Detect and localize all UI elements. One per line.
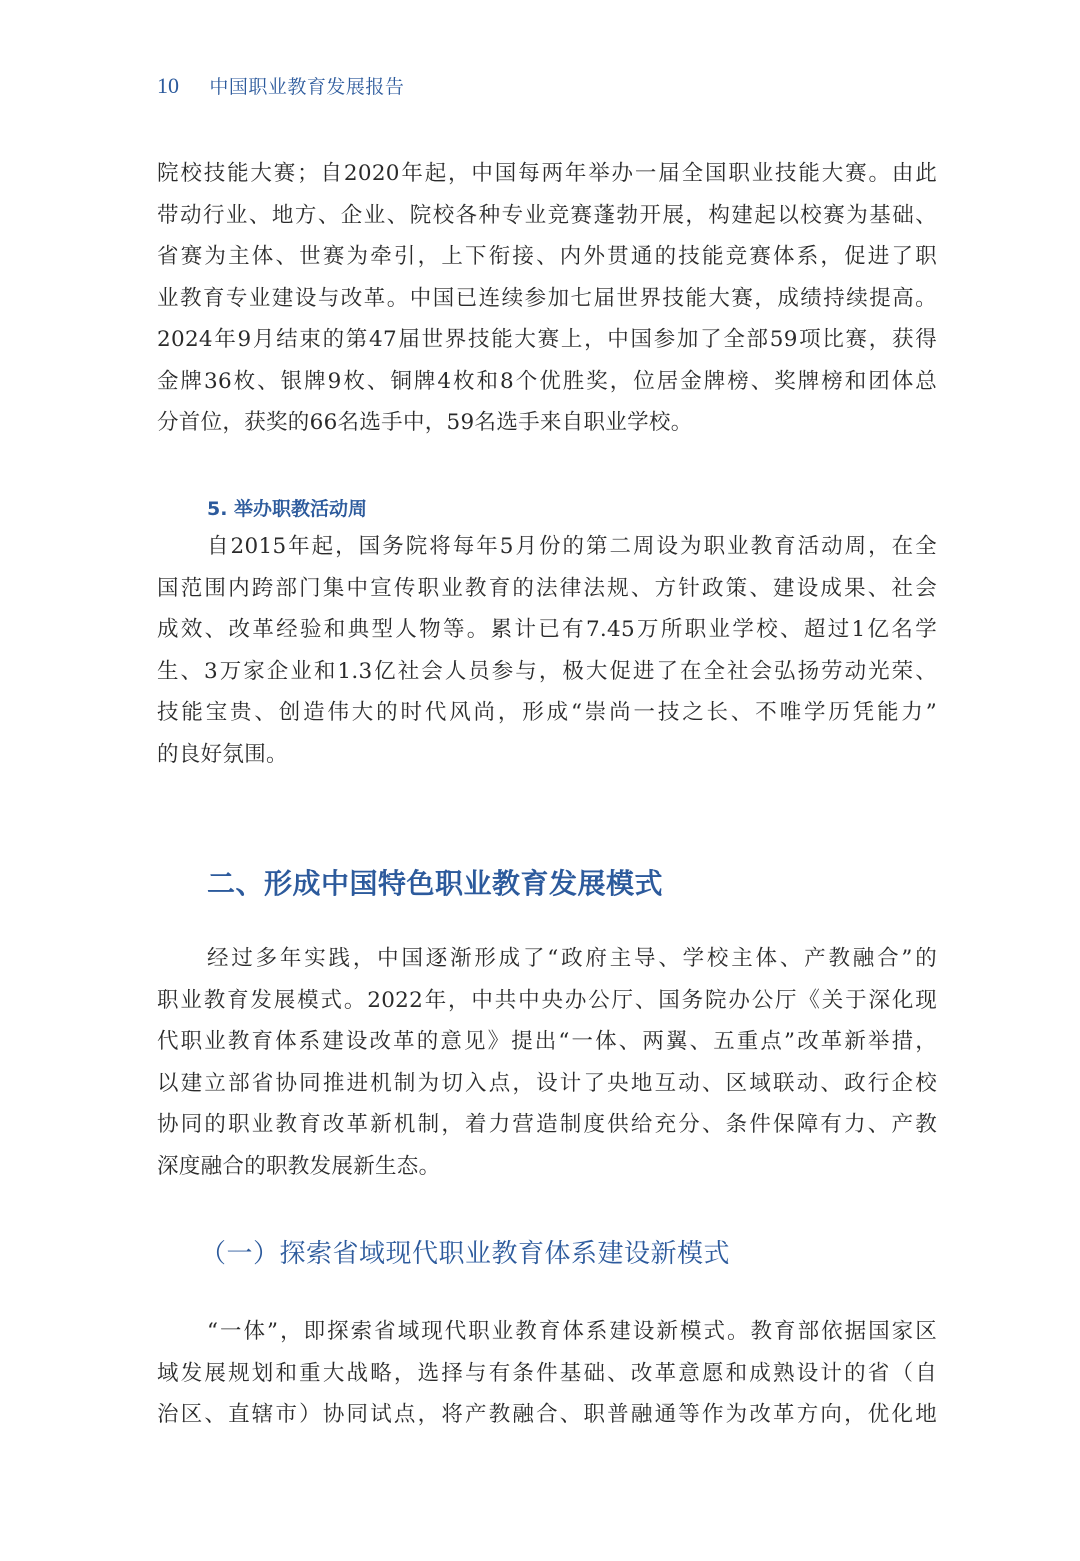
text-line: 治区、直辖市）协同试点，将产教融合、职普融通等作为改革方向，优化地 xyxy=(157,1394,937,1436)
text-line: 自2015年起，国务院将每年5月份的第二周设为职业教育活动周，在全 xyxy=(157,526,937,568)
text-line: 域发展规划和重大战略，选择与有条件基础、改革意愿和成熟设计的省（自 xyxy=(157,1353,937,1395)
subsection-title: （一）探索省域现代职业教育体系建设新模式 xyxy=(200,1233,730,1270)
text-line: 职业教育发展模式。2022年，中共中央办公厅、国务院办公厅《关于深化现 xyxy=(157,980,937,1022)
subsection-5-paragraph: 自2015年起，国务院将每年5月份的第二周设为职业教育活动周，在全 国范围内跨部… xyxy=(157,526,937,775)
intro-paragraph: 院校技能大赛；自2020年起，中国每两年举办一届全国职业技能大赛。由此 带动行业… xyxy=(157,153,937,444)
text-line: 带动行业、地方、企业、院校各种专业竞赛蓬勃开展，构建起以校赛为基础、 xyxy=(157,195,937,237)
text-line: 的良好氛围。 xyxy=(157,734,937,776)
text-line: 2024年9月结束的第47届世界技能大赛上，中国参加了全部59项比赛，获得 xyxy=(157,319,937,361)
text-line: 分首位，获奖的66名选手中，59名选手来自职业学校。 xyxy=(157,402,937,444)
page-header: 10 中国职业教育发展报告 xyxy=(157,72,404,99)
text-line: 代职业教育体系建设改革的意见》提出“一体、两翼、五重点”改革新举措， xyxy=(157,1021,937,1063)
text-line: 金牌36枚、银牌9枚、铜牌4枚和8个优胜奖，位居金牌榜、奖牌榜和团体总 xyxy=(157,361,937,403)
section-2-paragraph: 经过多年实践，中国逐渐形成了“政府主导、学校主体、产教融合”的 职业教育发展模式… xyxy=(157,938,937,1187)
text-line: 技能宝贵、创造伟大的时代风尚，形成“崇尚一技之长、不唯学历凭能力” xyxy=(157,692,937,734)
text-line: 业教育专业建设与改革。中国已连续参加七届世界技能大赛，成绩持续提高。 xyxy=(157,278,937,320)
subsection-heading-5: 5. 举办职教活动周 xyxy=(207,494,367,521)
section-title: 二、形成中国特色职业教育发展模式 xyxy=(207,862,663,902)
text-line: 深度融合的职教发展新生态。 xyxy=(157,1146,937,1188)
text-line: 生、3万家企业和1.3亿社会人员参与，极大促进了在全社会弘扬劳动光荣、 xyxy=(157,651,937,693)
text-line: 国范围内跨部门集中宣传职业教育的法律法规、方针政策、建设成果、社会 xyxy=(157,568,937,610)
text-line: 院校技能大赛；自2020年起，中国每两年举办一届全国职业技能大赛。由此 xyxy=(157,153,937,195)
subsection-1-paragraph: “一体”，即探索省域现代职业教育体系建设新模式。教育部依据国家区 域发展规划和重… xyxy=(157,1311,937,1436)
text-line: 协同的职业教育改革新机制，着力营造制度供给充分、条件保障有力、产教 xyxy=(157,1104,937,1146)
text-line: 经过多年实践，中国逐渐形成了“政府主导、学校主体、产教融合”的 xyxy=(157,938,937,980)
text-line: “一体”，即探索省域现代职业教育体系建设新模式。教育部依据国家区 xyxy=(157,1311,937,1353)
text-line: 省赛为主体、世赛为牵引，上下衔接、内外贯通的技能竞赛体系，促进了职 xyxy=(157,236,937,278)
text-line: 以建立部省协同推进机制为切入点，设计了央地互动、区域联动、政行企校 xyxy=(157,1063,937,1105)
text-line: 成效、改革经验和典型人物等。累计已有7.45万所职业学校、超过1亿名学 xyxy=(157,609,937,651)
page-number: 10 xyxy=(157,73,203,99)
running-title: 中国职业教育发展报告 xyxy=(209,76,404,98)
